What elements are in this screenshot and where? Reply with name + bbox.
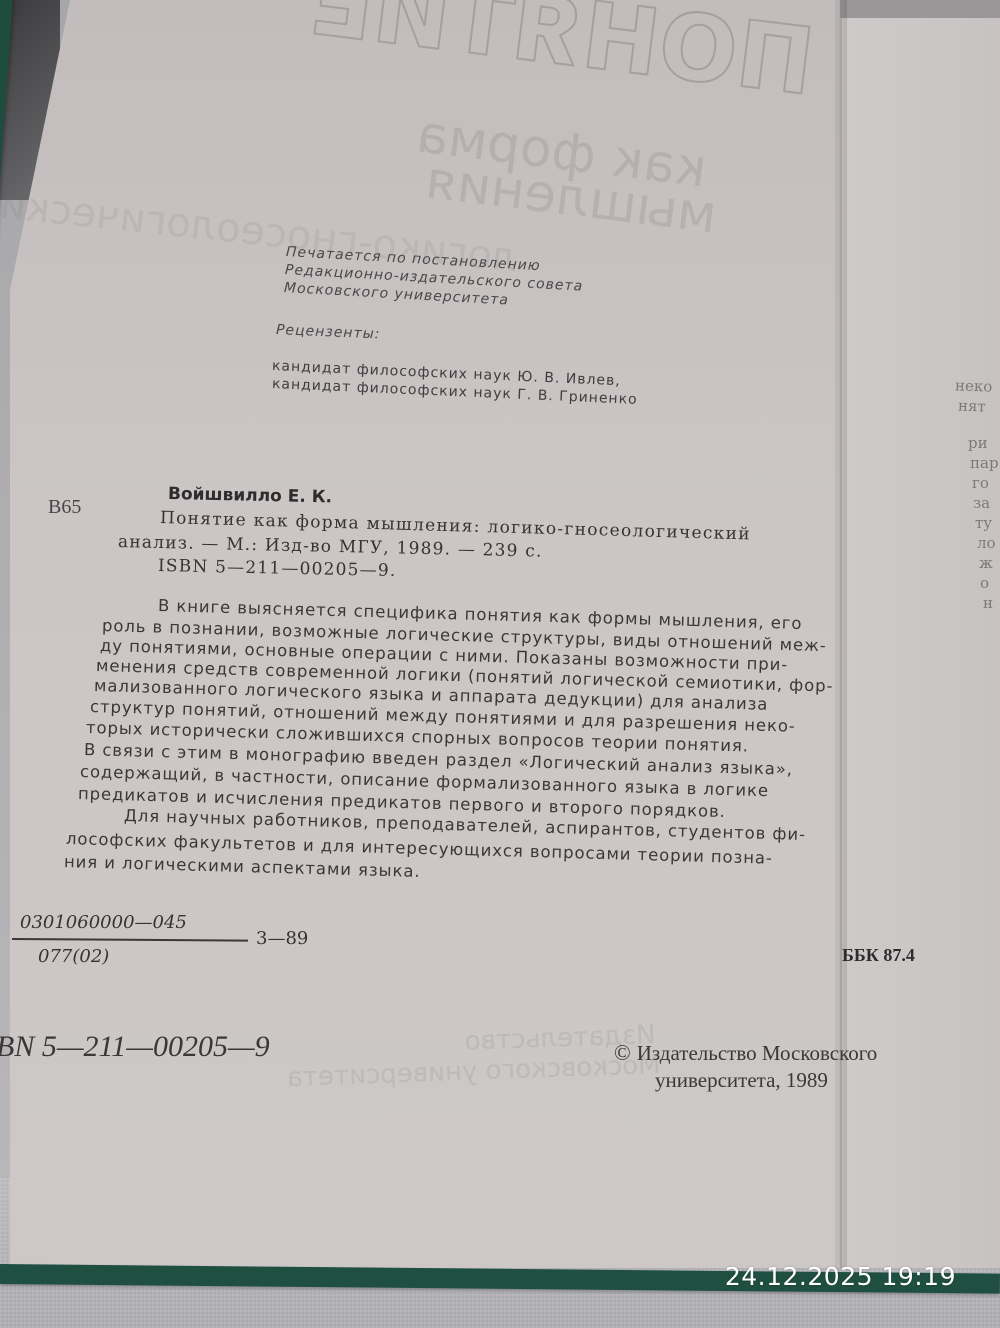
copyright-line-1: ©Издательство Московского (614, 1040, 877, 1066)
copyright-line-2: университета, 1989 (655, 1068, 828, 1093)
book-page-right (840, 18, 1000, 1268)
isbn-bottom: BN 5—211—00205—9 (0, 1030, 270, 1064)
bbk-code: ББК 87.4 (842, 945, 915, 966)
page-shadow-top (840, 0, 1000, 20)
copyright-publisher: Издательство Московского (637, 1041, 878, 1065)
shelf-code: В65 (48, 496, 81, 519)
right-page-fragment-7: ту (975, 513, 992, 533)
classification-suffix: 3—89 (256, 928, 308, 949)
author: Войшвилло Е. К. (168, 484, 333, 507)
page-gutter-shadow (835, 0, 847, 1268)
classification-denominator: 077(02) (38, 946, 109, 967)
right-page-fragment-1: неко (955, 375, 993, 396)
photo-scene: ПОНЯТИЕ как форма мышления логико-гносео… (0, 0, 1000, 1328)
photo-timestamp: 24.12.2025 19:19 (725, 1262, 956, 1291)
right-page-fragment-4: пар (970, 453, 999, 473)
right-page-fragment-2: нят (958, 396, 986, 417)
right-page-fragment-9: ж (979, 553, 993, 573)
right-page-fragment-8: ло (977, 533, 996, 553)
right-page-fragment-11: н (983, 593, 993, 613)
right-page-fragment-6: за (973, 493, 990, 513)
right-page-fragment-10: о (980, 573, 989, 593)
right-page-fragment-5: го (972, 473, 989, 493)
right-page-fragment-3: ри (968, 433, 988, 453)
copyright-icon: © (614, 1040, 631, 1066)
classification-numerator: 0301060000—045 (20, 912, 187, 933)
